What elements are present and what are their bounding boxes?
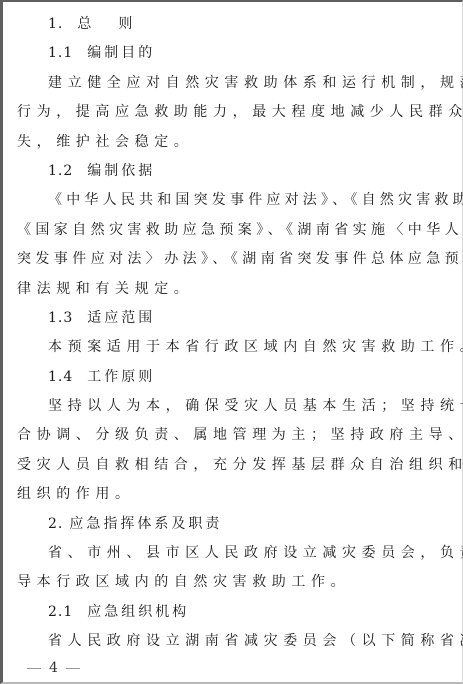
section-heading-1-1: 1.1编制目的: [17, 39, 457, 68]
paragraph-line: 建立健全应对自然灾害救助体系和运行机制，规范应急救助: [17, 69, 457, 98]
document-page: 1.总则 1.1编制目的 建立健全应对自然灾害救助体系和运行机制，规范应急救助 …: [0, 0, 463, 684]
section-number: 1.4: [48, 363, 73, 392]
dash-decoration: [66, 668, 80, 669]
paragraph-line: 《中华人民共和国突发事件应对法》、《自然灾害救助条例》、: [17, 186, 457, 215]
dash-decoration: [27, 668, 41, 669]
paragraph-line: 省人民政府设立湖南省减灾委员会（以下简称省减灾委），: [17, 627, 457, 656]
document-body: 1.总则 1.1编制目的 建立健全应对自然灾害救助体系和运行机制，规范应急救助 …: [17, 10, 457, 657]
paragraph-line: 坚持以人为本，确保受灾人员基本生活；坚持统一领导、综: [17, 392, 457, 421]
paragraph-line: 失，维护社会稳定。: [17, 128, 457, 157]
section-title: 工作原则: [87, 369, 155, 385]
paragraph-line: 《国家自然灾害救助应急预案》、《湖南省实施〈中华人民共和国: [17, 216, 457, 245]
paragraph-line: 突发事件应对法〉办法》、《湖南省突发事件总体应急预案》等法: [17, 245, 457, 274]
section-number: 1.3: [48, 304, 73, 333]
section-heading-1-2: 1.2编制依据: [17, 157, 457, 186]
section-title: 适应范围: [87, 310, 155, 326]
section-title: 应急组织机构: [87, 604, 189, 620]
paragraph-line: 合协调、分级负责、属地管理为主；坚持政府主导、社会互助、: [17, 421, 457, 450]
paragraph-line: 行为，提高应急救助能力，最大程度地减少人民群众生命财产损: [17, 98, 457, 127]
section-number: 2.1: [48, 598, 73, 627]
section-heading-2: 2.应急指挥体系及职责: [17, 510, 457, 539]
paragraph-line: 组织的作用。: [17, 480, 457, 509]
section-number: 1.1: [48, 39, 73, 68]
paragraph-line: 导本行政区域内的自然灾害救助工作。: [17, 568, 457, 597]
section-number: 1.: [48, 10, 63, 39]
section-heading-1-4: 1.4工作原则: [17, 363, 457, 392]
page-number: 4: [49, 660, 58, 676]
section-number: 1.2: [48, 157, 73, 186]
section-title: 应急指挥体系及职责: [69, 516, 222, 532]
paragraph-line: 本预案适用于本省行政区域内自然灾害救助工作。: [17, 333, 457, 362]
section-heading-1: 1.总则: [17, 10, 457, 39]
section-heading-2-1: 2.1应急组织机构: [17, 598, 457, 627]
section-number: 2.: [48, 510, 63, 539]
section-title-part2: 则: [118, 16, 135, 32]
paragraph-line: 受灾人员自救相结合，充分发挥基层群众自治组织和公益性社会: [17, 451, 457, 480]
page-number-footer: 4: [27, 660, 80, 676]
section-title: 编制依据: [87, 163, 155, 179]
paragraph-line: 省、市州、县市区人民政府设立减灾委员会，负责组织、领: [17, 539, 457, 568]
section-heading-1-3: 1.3适应范围: [17, 304, 457, 333]
section-title: 编制目的: [87, 45, 155, 61]
section-title-part1: 总: [77, 16, 94, 32]
paragraph-line: 律法规和有关规定。: [17, 275, 457, 304]
